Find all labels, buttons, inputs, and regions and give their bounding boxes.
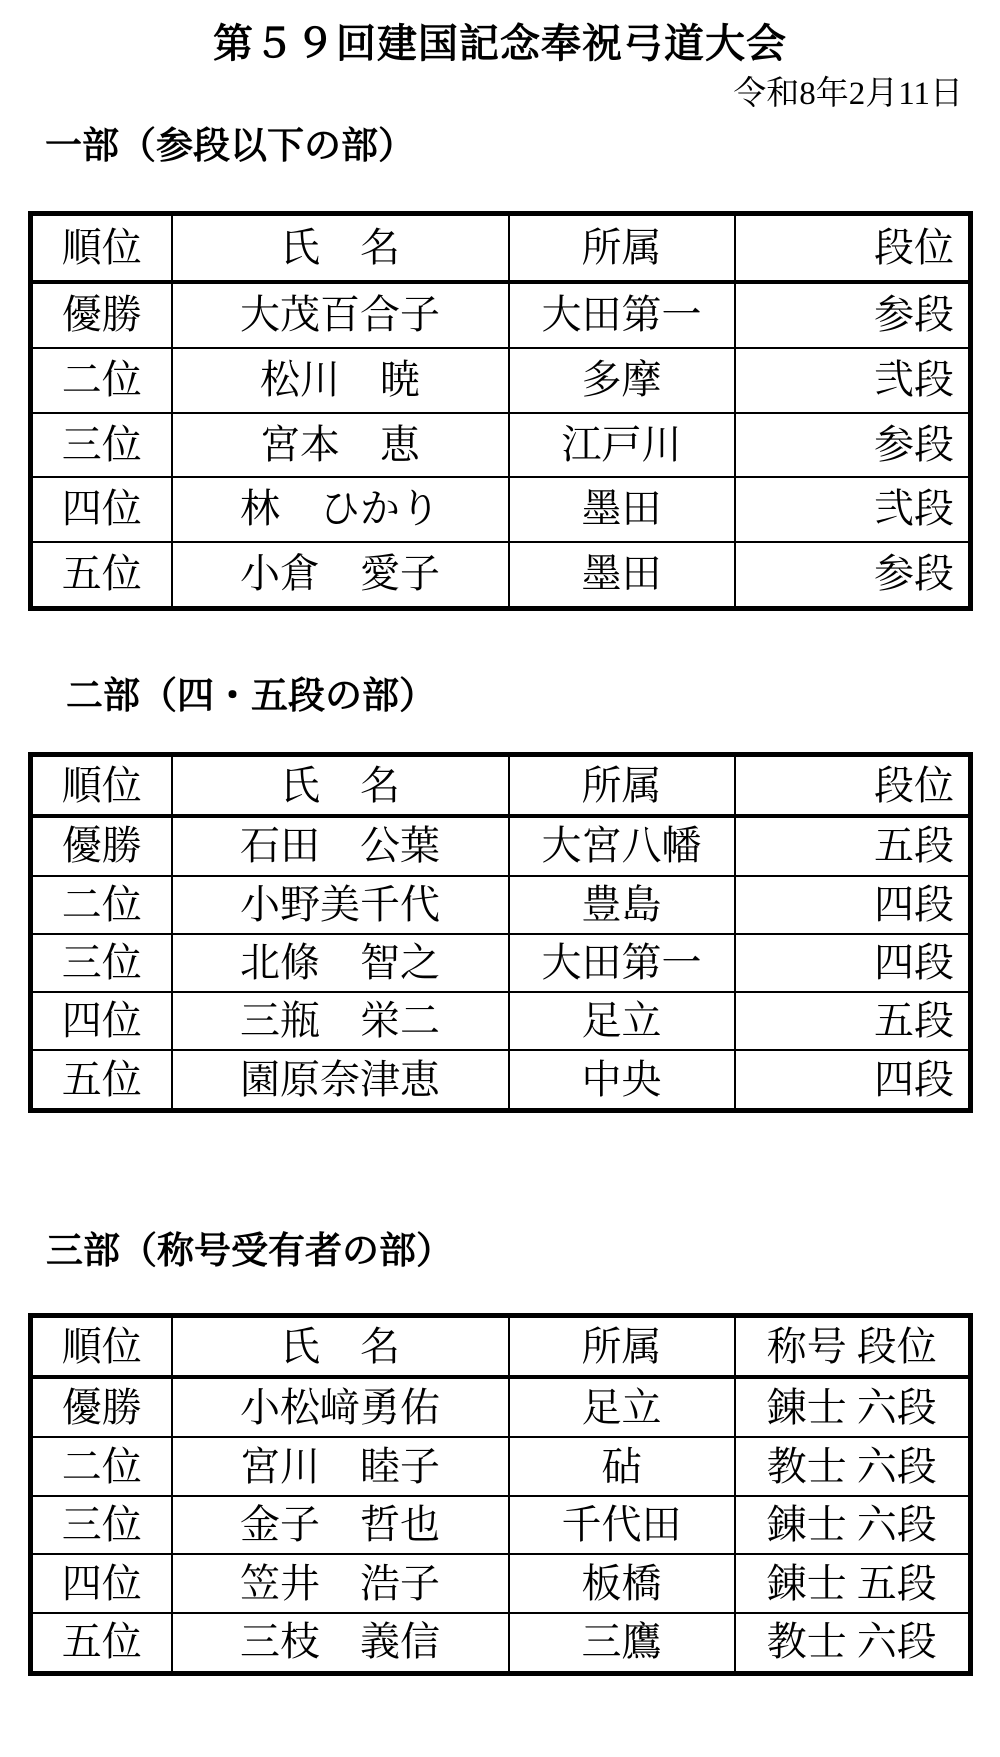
table-header-row: 順位 氏 名 所属 段位 xyxy=(31,214,971,282)
name-cell: 林 ひかり xyxy=(172,477,509,542)
table-row: 優勝 大茂百合子 大田第一 参段 xyxy=(31,282,971,348)
table-row: 二位 松川 暁 多摩 弐段 xyxy=(31,348,971,413)
table-row: 三位 北條 智之 大田第一 四段 xyxy=(31,934,971,992)
affiliation-header-cell: 所属 xyxy=(509,755,735,817)
name-cell: 笠井 浩子 xyxy=(172,1554,509,1613)
dan-cell: 五段 xyxy=(735,816,971,876)
table-row: 四位 笠井 浩子 板橋 錬士 五段 xyxy=(31,1554,971,1613)
title-dan-cell: 教士 六段 xyxy=(735,1613,971,1674)
name-cell: 園原奈津恵 xyxy=(172,1050,509,1110)
affiliation-cell: 大宮八幡 xyxy=(509,816,735,876)
name-header-cell: 氏 名 xyxy=(172,755,509,817)
dan-cell: 弐段 xyxy=(735,477,971,542)
name-cell: 小野美千代 xyxy=(172,876,509,934)
rank-cell: 四位 xyxy=(31,992,172,1050)
dan-cell: 参段 xyxy=(735,282,971,348)
affiliation-cell: 板橋 xyxy=(509,1554,735,1613)
rank-cell: 三位 xyxy=(31,934,172,992)
affiliation-cell: 中央 xyxy=(509,1050,735,1110)
name-cell: 北條 智之 xyxy=(172,934,509,992)
title-dan-cell: 教士 六段 xyxy=(735,1437,971,1496)
results-table-1: 順位 氏 名 所属 段位 優勝 大茂百合子 大田第一 参段 二位 松川 暁 多摩… xyxy=(28,211,973,611)
rank-cell: 四位 xyxy=(31,477,172,542)
table-header-row: 順位 氏 名 所属 段位 xyxy=(31,755,971,817)
affiliation-cell: 砧 xyxy=(509,1437,735,1496)
rank-cell: 優勝 xyxy=(31,1377,172,1437)
section-heading-3: 三部（称号受有者の部） xyxy=(46,1231,453,1274)
name-cell: 松川 暁 xyxy=(172,348,509,413)
section-heading-1: 一部（参段以下の部） xyxy=(45,126,415,169)
page-title: 第５９回建国記念奉祝弓道大会 xyxy=(0,22,1000,66)
table-header-row: 順位 氏 名 所属 称号 段位 xyxy=(31,1316,971,1378)
results-table-2: 順位 氏 名 所属 段位 優勝 石田 公葉 大宮八幡 五段 二位 小野美千代 豊… xyxy=(28,752,973,1113)
rank-cell: 二位 xyxy=(31,876,172,934)
section-heading-2: 二部（四・五段の部） xyxy=(66,676,436,719)
affiliation-cell: 足立 xyxy=(509,992,735,1050)
rank-header-cell: 順位 xyxy=(31,1316,172,1378)
name-cell: 宮本 恵 xyxy=(172,413,509,478)
document-page: 第５９回建国記念奉祝弓道大会 令和8年2月11日 一部（参段以下の部） 順位 氏… xyxy=(0,0,1000,1757)
table-row: 五位 園原奈津恵 中央 四段 xyxy=(31,1050,971,1110)
affiliation-cell: 豊島 xyxy=(509,876,735,934)
table-row: 二位 小野美千代 豊島 四段 xyxy=(31,876,971,934)
name-cell: 金子 哲也 xyxy=(172,1496,509,1555)
table-row: 優勝 小松﨑勇佑 足立 錬士 六段 xyxy=(31,1377,971,1437)
table-row: 五位 小倉 愛子 墨田 参段 xyxy=(31,542,971,609)
table-row: 優勝 石田 公葉 大宮八幡 五段 xyxy=(31,816,971,876)
affiliation-header-cell: 所属 xyxy=(509,214,735,282)
title-dan-cell: 錬士 六段 xyxy=(735,1377,971,1437)
name-cell: 小倉 愛子 xyxy=(172,542,509,609)
rank-cell: 五位 xyxy=(31,1050,172,1110)
dan-header-cell: 段位 xyxy=(735,755,971,817)
table-row: 四位 三瓶 栄二 足立 五段 xyxy=(31,992,971,1050)
dan-header-cell: 段位 xyxy=(735,214,971,282)
rank-cell: 五位 xyxy=(31,542,172,609)
name-cell: 大茂百合子 xyxy=(172,282,509,348)
name-cell: 石田 公葉 xyxy=(172,816,509,876)
table-row: 二位 宮川 睦子 砧 教士 六段 xyxy=(31,1437,971,1496)
rank-cell: 二位 xyxy=(31,1437,172,1496)
dan-cell: 弐段 xyxy=(735,348,971,413)
table-row: 四位 林 ひかり 墨田 弐段 xyxy=(31,477,971,542)
dan-cell: 四段 xyxy=(735,1050,971,1110)
name-cell: 三瓶 栄二 xyxy=(172,992,509,1050)
rank-cell: 三位 xyxy=(31,413,172,478)
rank-header-cell: 順位 xyxy=(31,214,172,282)
rank-cell: 二位 xyxy=(31,348,172,413)
dan-cell: 参段 xyxy=(735,542,971,609)
table-row: 三位 宮本 恵 江戸川 参段 xyxy=(31,413,971,478)
dan-cell: 五段 xyxy=(735,992,971,1050)
title-dan-cell: 錬士 五段 xyxy=(735,1554,971,1613)
affiliation-cell: 足立 xyxy=(509,1377,735,1437)
results-table-3: 順位 氏 名 所属 称号 段位 優勝 小松﨑勇佑 足立 錬士 六段 二位 宮川 … xyxy=(28,1313,973,1676)
affiliation-cell: 江戸川 xyxy=(509,413,735,478)
rank-cell: 四位 xyxy=(31,1554,172,1613)
affiliation-cell: 墨田 xyxy=(509,542,735,609)
name-cell: 三枝 義信 xyxy=(172,1613,509,1674)
table-row: 三位 金子 哲也 千代田 錬士 六段 xyxy=(31,1496,971,1555)
name-header-cell: 氏 名 xyxy=(172,214,509,282)
affiliation-header-cell: 所属 xyxy=(509,1316,735,1378)
dan-cell: 四段 xyxy=(735,876,971,934)
name-cell: 宮川 睦子 xyxy=(172,1437,509,1496)
affiliation-cell: 千代田 xyxy=(509,1496,735,1555)
name-cell: 小松﨑勇佑 xyxy=(172,1377,509,1437)
affiliation-cell: 大田第一 xyxy=(509,282,735,348)
table-row: 五位 三枝 義信 三鷹 教士 六段 xyxy=(31,1613,971,1674)
rank-cell: 優勝 xyxy=(31,816,172,876)
affiliation-cell: 墨田 xyxy=(509,477,735,542)
title-dan-header-cell: 称号 段位 xyxy=(735,1316,971,1378)
affiliation-cell: 大田第一 xyxy=(509,934,735,992)
rank-header-cell: 順位 xyxy=(31,755,172,817)
date-label: 令和8年2月11日 xyxy=(733,76,963,112)
rank-cell: 五位 xyxy=(31,1613,172,1674)
affiliation-cell: 三鷹 xyxy=(509,1613,735,1674)
dan-cell: 四段 xyxy=(735,934,971,992)
rank-cell: 三位 xyxy=(31,1496,172,1555)
name-header-cell: 氏 名 xyxy=(172,1316,509,1378)
rank-cell: 優勝 xyxy=(31,282,172,348)
dan-cell: 参段 xyxy=(735,413,971,478)
title-dan-cell: 錬士 六段 xyxy=(735,1496,971,1555)
affiliation-cell: 多摩 xyxy=(509,348,735,413)
